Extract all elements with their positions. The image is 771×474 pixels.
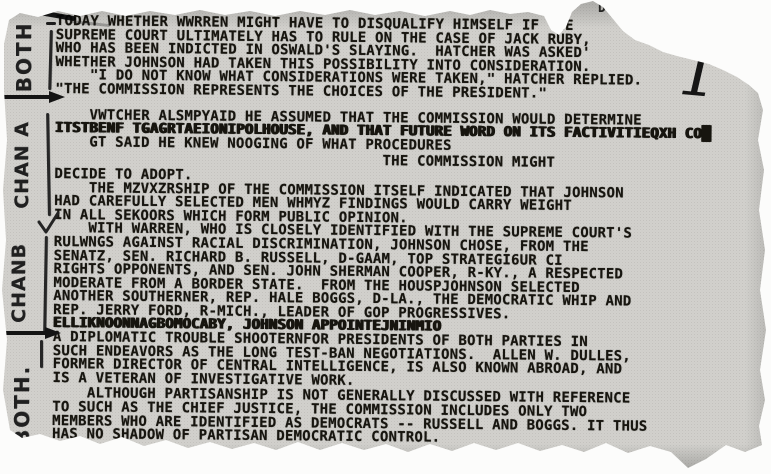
margin-bracket-chan-b	[43, 236, 48, 332]
margin-bracket-both-bottom	[40, 340, 43, 368]
margin-bracket-chan-a	[46, 113, 51, 216]
margin-note-chan-b: CHANB	[7, 235, 31, 331]
check-mark-icon	[36, 210, 62, 236]
torn-header-fragment: DREW	[598, 1, 633, 16]
margin-note-both-bottom: BOTH.	[9, 368, 35, 442]
typed-text-block: TODAY WHETHER WWRREN MIGHT HAVE TO DISQU…	[52, 15, 756, 449]
torn-paper-scrap: TODAY WHETHER WWRREN MIGHT HAVE TO DISQU…	[0, 0, 771, 474]
stray-pen-dash	[46, 22, 56, 25]
margin-bracket-both-top	[48, 30, 53, 90]
margin-note-both-top: BOTH	[12, 25, 36, 89]
margin-arrow-icon-top	[2, 89, 68, 105]
margin-arrow-icon-bottom	[2, 325, 64, 341]
margin-note-chan-a: CHAN A	[10, 115, 34, 215]
scanned-document-background: TODAY WHETHER WWRREN MIGHT HAVE TO DISQU…	[0, 0, 771, 474]
